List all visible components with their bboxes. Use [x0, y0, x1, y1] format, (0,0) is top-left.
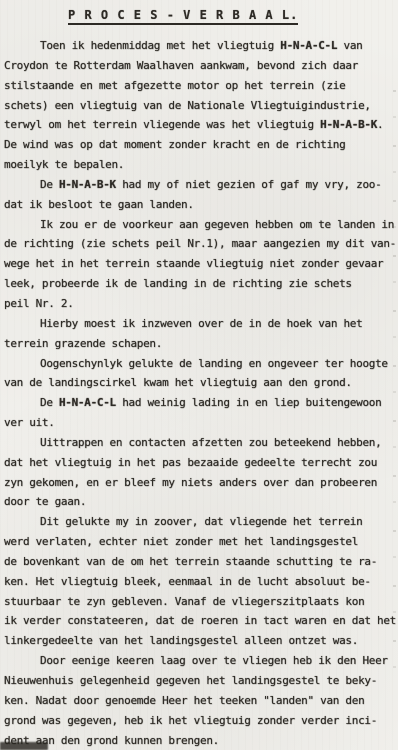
document-line: Dit gelukte my in zoover, dat vliegende … [4, 512, 396, 532]
document-line: van de landingscirkel kwam het vliegtuig… [4, 373, 396, 393]
document-line: Croydon te Rotterdam Waalhaven aankwam, … [4, 56, 396, 76]
document-line: terrein grazende schapen. [4, 334, 396, 354]
document-line: ver uit. [4, 413, 396, 433]
document-line: dat het vliegtuig in het pas bezaaide ge… [4, 453, 396, 473]
document-line: Ik zou er de voorkeur aan gegeven hebben… [4, 215, 396, 235]
document-line: De H-N-A-C-L had weinig lading in en lie… [4, 393, 396, 413]
document-title: P R O C E S - V E R B A A L. [68, 8, 298, 25]
document-line: De wind was op dat moment zonder kracht … [4, 135, 396, 155]
document-line: stilstaande en met afgezette motor op he… [4, 76, 396, 96]
document-line: ken. Nadat door genoemde Heer het teeken… [4, 691, 396, 711]
document-line: De H-N-A-B-K had my of niet gezien of ga… [4, 175, 396, 195]
document-line: Uittrappen en contacten afzetten zou bet… [4, 433, 396, 453]
document-line: schets) een vliegtuig van de Nationale V… [4, 96, 396, 116]
document-line: moeilyk te bepalen. [4, 155, 396, 175]
document-line: leek, probeerde ik de landing in de rich… [4, 274, 396, 294]
document-title-row: P R O C E S - V E R B A A L. [0, 0, 398, 25]
document-line: wege het in het terrein staande vliegtui… [4, 254, 396, 274]
ink-smudge-bottom-left [0, 742, 48, 750]
document-line: terwyl om het terrein vliegende was het … [4, 115, 396, 135]
document-line: Hierby moest ik inzweven over de in de h… [4, 314, 396, 334]
document-line: Nieuwenhuis gelegenheid gegeven het land… [4, 671, 396, 691]
document-line: linkergedeelte van het landingsgestel al… [4, 631, 396, 651]
document-line: zyn gekomen, en er bleef my niets anders… [4, 473, 396, 493]
document-page: P R O C E S - V E R B A A L. Toen ik hed… [0, 0, 398, 750]
document-line: Oogenschynlyk gelukte de landing en onge… [4, 354, 396, 374]
document-line: Toen ik hedenmiddag met het vliegtuig H-… [4, 36, 396, 56]
document-body: Toen ik hedenmiddag met het vliegtuig H-… [0, 36, 398, 750]
document-line: grond was gegeven, heb ik het vliegtuig … [4, 711, 396, 731]
document-line: dat ik besloot te gaan landen. [4, 195, 396, 215]
document-line: dent aan den grond kunnen brengen. [4, 731, 396, 750]
document-line: de richting (zie schets peil Nr.1), maar… [4, 234, 396, 254]
document-line: door te gaan. [4, 492, 396, 512]
document-line: peil Nr. 2. [4, 294, 396, 314]
document-line: stuurbaar te zyn gebleven. Vanaf de vlie… [4, 592, 396, 612]
document-line: ken. Het vliegtuig bleek, eenmaal in de … [4, 572, 396, 592]
document-line: de bovenkant van de om het terrein staan… [4, 552, 396, 572]
document-line: werd verlaten, echter niet zonder met he… [4, 532, 396, 552]
document-line: Door eenige keeren laag over te vliegen … [4, 651, 396, 671]
document-line: ik verder constateeren, dat de roeren in… [4, 611, 396, 631]
